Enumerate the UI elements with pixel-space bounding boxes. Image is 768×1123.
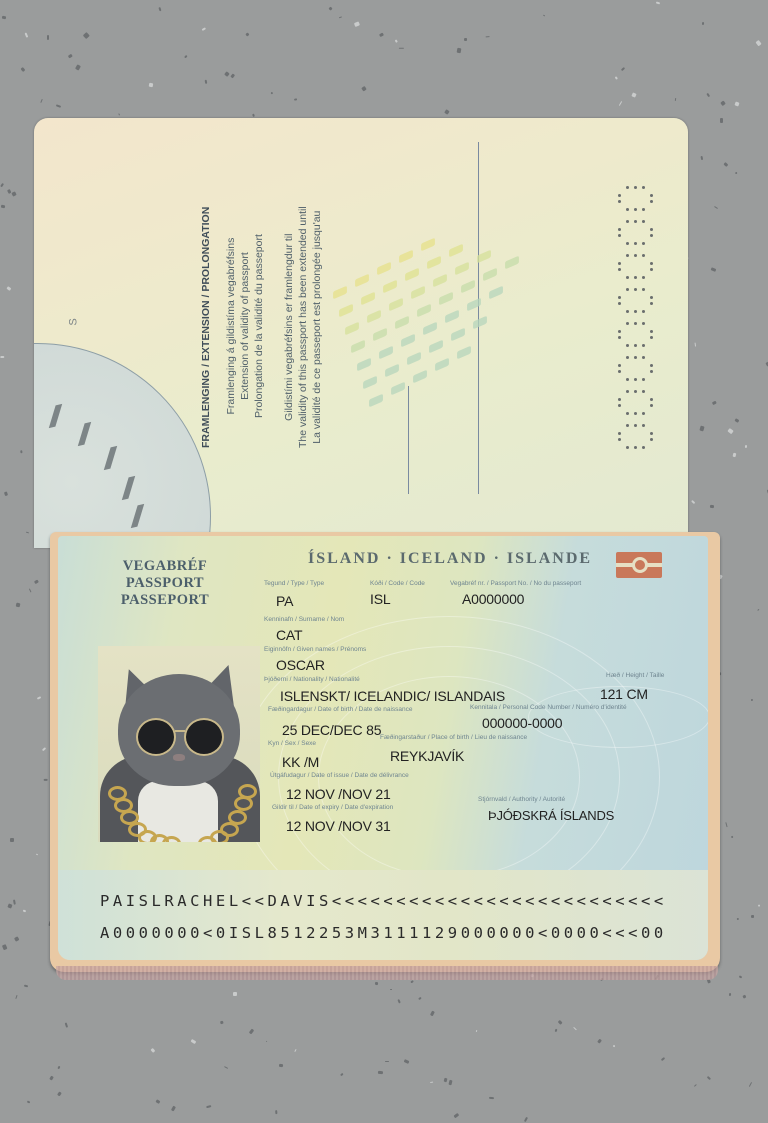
height-label: Hæð / Height / Taille [606,672,664,679]
title-en: PASSPORT [110,575,220,592]
nationality-value: ISLENSKT/ ICELANDIC/ ISLANDAIS [280,688,505,704]
mrz-line-1: PAISLRACHEL<<DAVIS<<<<<<<<<<<<<<<<<<<<<<… [100,892,667,910]
height-value: 121 CM [600,686,648,702]
extension-text-block-1: Framlenging á gildistíma vegabréfsins Ex… [224,234,266,418]
sunglasses-lens [184,718,224,756]
given-names-value: OSCAR [276,657,325,673]
code-value: ISL [370,591,390,607]
biometric-chip-icon [616,552,662,578]
extension-line: Extension of validity of passport [238,252,252,400]
extension-heading: FRAMLENGING / EXTENSION / PROLONGATION [200,207,212,448]
extension-line: The validity of this passport has been e… [296,206,310,448]
mrz-line-2: A0000000<0ISL8512253M3111129000000<0000<… [100,924,667,942]
security-arc-pattern [34,343,211,548]
extension-heading-block: FRAMLENGING / EXTENSION / PROLONGATION [200,207,212,448]
authority-value: ÞJÓÐSKRÁ ÍSLANDS [488,808,614,823]
expiry-date-value: 12 NOV /NOV 31 [286,818,391,834]
issue-date-value: 12 NOV /NOV 21 [286,786,391,802]
dob-label: Fæðingardagur / Date of birth / Date de … [268,706,413,713]
issue-date-label: Útgáfudagur / Date of issue / Date de dé… [270,772,409,779]
title-is: VEGABRÉF [110,558,220,575]
extension-line: La validité de ce passeport est prolongé… [310,211,324,444]
mrz-zone [58,870,708,960]
extension-line: Framlenging á gildistíma vegabréfsins [224,238,238,415]
surname-value: CAT [276,627,302,643]
type-label: Tegund / Type / Type [264,580,324,587]
document-title: VEGABRÉF PASSPORT PASSEPORT [110,558,220,609]
passport-data-page: VEGABRÉF PASSPORT PASSEPORT ÍSLAND · ICE… [58,536,708,960]
sunglasses-bridge [175,730,185,732]
expiry-date-label: Gildir til / Date of expiry / Date d'exp… [272,804,393,811]
place-of-birth-label: Fæðingarstaður / Place of birth / Lieu d… [380,734,527,741]
personal-code-value: 000000-0000 [482,715,562,731]
place-of-birth-value: REYKJAVÍK [390,748,464,764]
sex-label: Kyn / Sex / Sexe [268,740,316,747]
passport-extension-page: S FRAMLENGING / EXTENSION / PROLONGATION… [34,118,688,548]
extension-line: Prolongation de la validité du passeport [252,234,266,418]
sunglasses-lens [136,718,176,756]
type-value: PA [276,593,293,609]
page-block-edge [56,966,718,980]
signature-guide-line [408,386,409,494]
dob-value: 25 DEC/DEC 85 [282,722,381,738]
title-fr: PASSEPORT [110,592,220,609]
passport-no-label: Vegabréf nr. / Passport No. / No du pass… [450,580,581,587]
extension-line: Gildistími vegabréfsins er framlengdur t… [282,234,296,421]
nationality-label: Þjóðerni / Nationality / Nationalité [264,676,360,683]
passport-no-value: A0000000 [462,591,524,607]
page-marker: S [68,318,80,325]
holder-photo [98,646,260,842]
sex-value: KK /M [282,754,319,770]
authority-label: Stjórnvald / Authority / Autorité [478,796,565,803]
extension-text-block-2: Gildistími vegabréfsins er framlengdur t… [282,206,324,448]
cat-nose [173,754,185,761]
country-header: ÍSLAND · ICELAND · ISLANDE [308,550,592,568]
passport-cover-edge: VEGABRÉF PASSPORT PASSEPORT ÍSLAND · ICE… [50,532,720,972]
code-label: Kóði / Code / Code [370,580,425,587]
given-names-label: Eiginnöfn / Given names / Prénoms [264,646,366,653]
surname-label: Kenninafn / Surname / Nom [264,616,344,623]
personal-code-label: Kennitala / Personal Code Number / Numér… [470,704,627,711]
